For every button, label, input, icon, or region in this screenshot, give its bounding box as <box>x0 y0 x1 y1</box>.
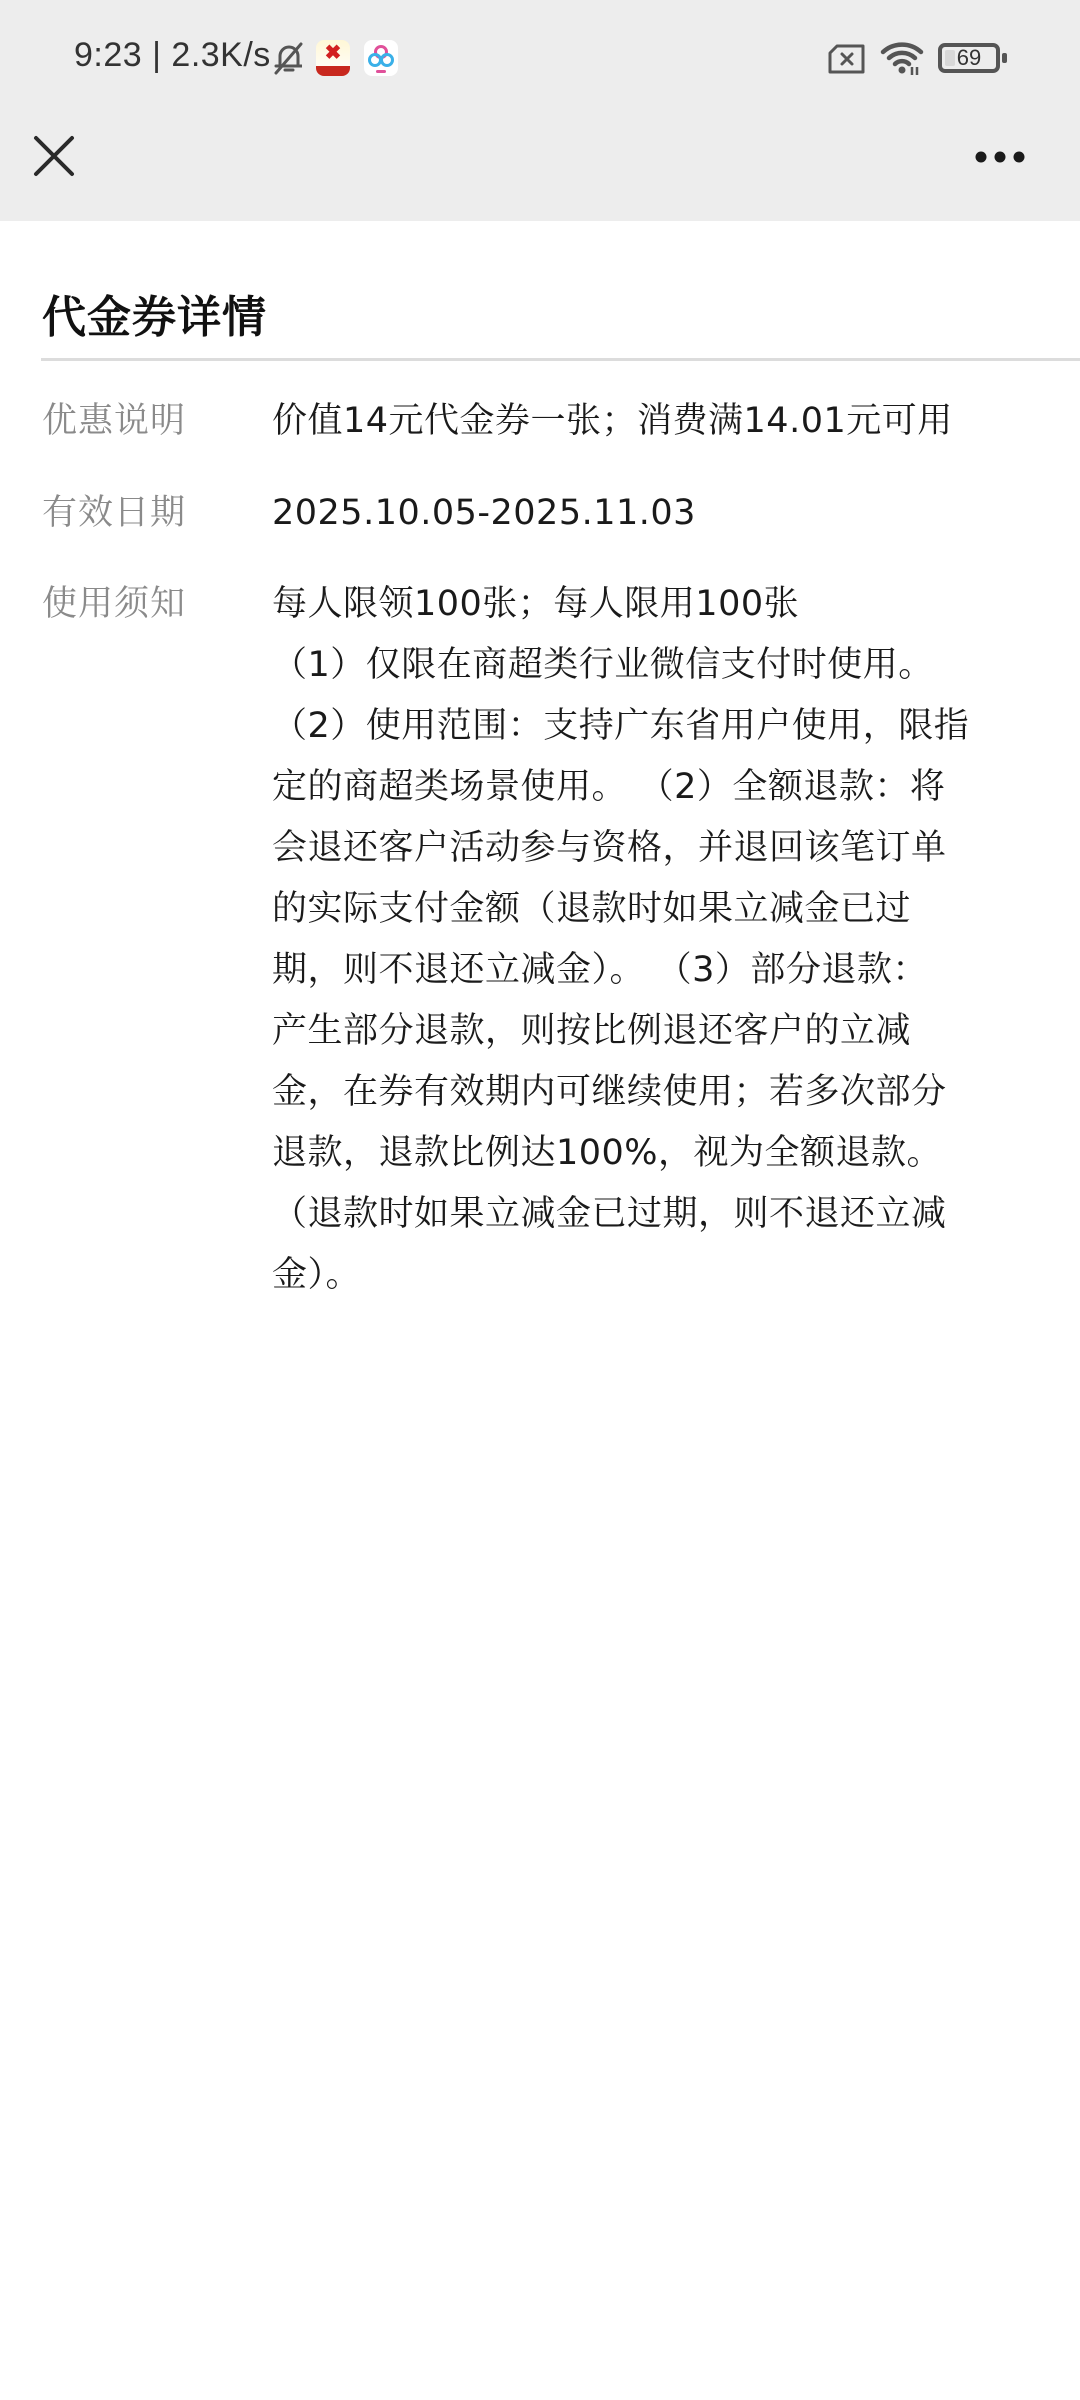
status-time-and-speed: 9:23 | 2.3K/s <box>74 36 271 75</box>
top-bar: 9:23 | 2.3K/s ✖ 69 <box>0 0 1080 221</box>
bell-off-icon <box>272 40 306 80</box>
close-icon <box>30 132 78 180</box>
usage-note-line: 产生部分退款，则按比例退还客户的立减 <box>272 1001 1042 1062</box>
more-icon <box>972 142 1032 172</box>
usage-note-line: 的实际支付金额（退款时如果立减金已过 <box>272 879 1042 940</box>
row-value: 价值14元代金券一张；消费满14.01元可用 <box>272 391 1042 452</box>
usage-note-line: 金，在券有效期内可继续使用；若多次部分 <box>272 1062 1042 1123</box>
row-label: 有效日期 <box>42 483 186 543</box>
row-value: 2025.10.05-2025.11.03 <box>272 483 1042 544</box>
more-button[interactable] <box>972 142 1032 172</box>
title-divider <box>41 358 1080 361</box>
sim-none-icon <box>828 44 866 78</box>
row-label: 优惠说明 <box>42 391 186 451</box>
usage-note-line: 会退还客户活动参与资格，并退回该笔订单 <box>272 818 1042 879</box>
usage-note-line: 退款，退款比例达100%，视为全额退款。 <box>272 1123 1042 1184</box>
usage-note-line: （2）使用范围：支持广东省用户使用，限指 <box>272 696 1042 757</box>
nav-bar <box>0 120 1080 221</box>
usage-note-line: （退款时如果立减金已过期，则不退还立减 <box>272 1184 1042 1245</box>
page-title: 代金券详情 <box>42 281 267 345</box>
wifi-icon <box>880 40 926 80</box>
usage-notes-text: 每人限领100张；每人限用100张 （1）仅限在商超类行业微信支付时使用。 （2… <box>272 574 1042 1306</box>
battery-icon: 69 <box>938 43 1000 73</box>
usage-note-line: 每人限领100张；每人限用100张 <box>272 574 1042 635</box>
app-notification-icon-1: ✖ <box>316 40 350 76</box>
app-notification-icon-2 <box>364 40 398 76</box>
status-bar: 9:23 | 2.3K/s ✖ 69 <box>0 0 1080 120</box>
battery-level: 69 <box>942 45 996 71</box>
usage-note-line: （1）仅限在商超类行业微信支付时使用。 <box>272 635 1042 696</box>
usage-note-line: 金）。 <box>272 1245 1042 1306</box>
close-button[interactable] <box>30 132 78 180</box>
usage-note-line: 期，则不退还立减金）。 （3）部分退款： <box>272 940 1042 1001</box>
usage-note-line: 定的商超类场景使用。 （2）全额退款：将 <box>272 757 1042 818</box>
row-label: 使用须知 <box>42 574 186 634</box>
